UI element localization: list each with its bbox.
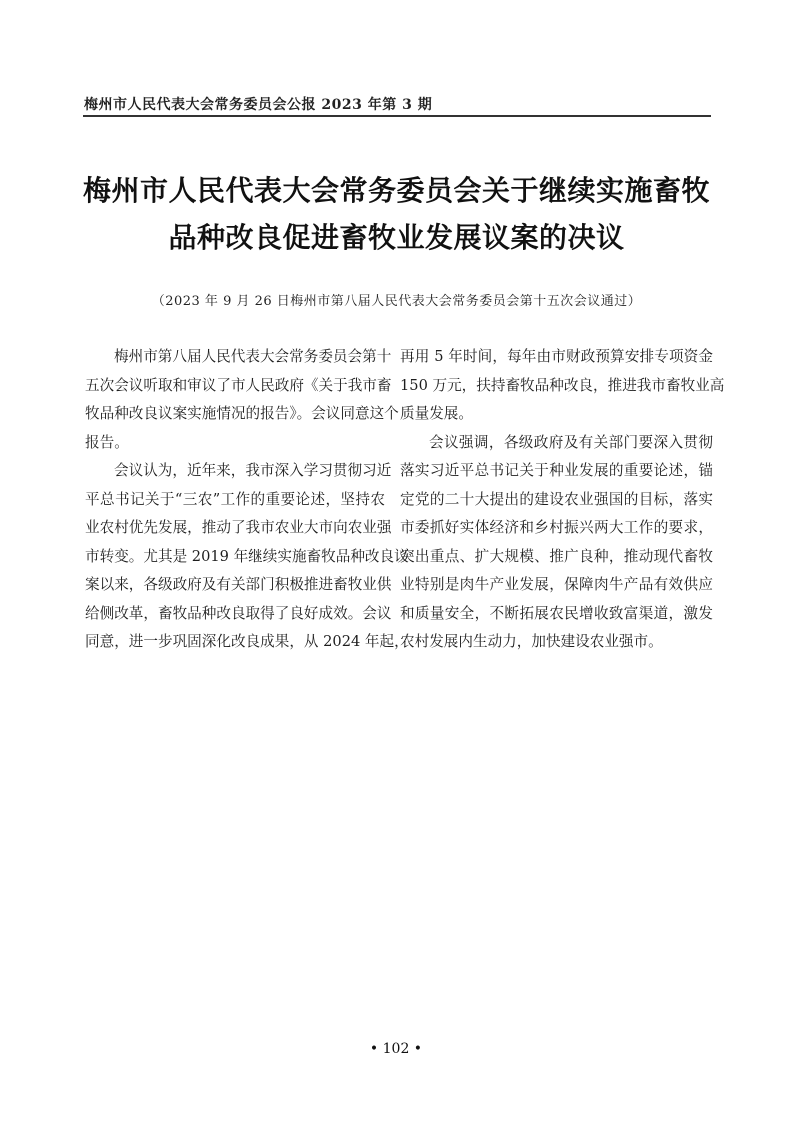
text-line: 报告。 [85, 429, 385, 458]
text-line: 五次会议听取和审议了市人民政府《关于我市畜 [85, 372, 385, 401]
text-line: 业特别是肉牛产业发展，保障肉牛产品有效供应 [400, 571, 713, 600]
paragraph-3: 再用 5 年时间，每年由市财政预算安排专项资金 150 万元，扶持畜牧品种改良，… [400, 343, 713, 429]
document-subtitle: （2023 年 9 月 26 日梅州市第八届人民代表大会常务委员会第十五次会议通… [60, 290, 733, 309]
document-title-line-1: 梅州市人民代表大会常务委员会关于继续实施畜牧 [60, 176, 733, 206]
running-header: 梅州市人民代表大会常务委员会公报 2023 年第 3 期 [84, 94, 432, 114]
text-line: 平总书记关于“三农”工作的重要论述，坚持农 [85, 486, 385, 515]
text-line: 市转变。尤其是 2019 年继续实施畜牧品种改良议 [85, 543, 385, 572]
text-line: 会议认为，近年来，我市深入学习贯彻习近 [85, 457, 385, 486]
text-line: 案以来，各级政府及有关部门积极推进畜牧业供 [85, 571, 385, 600]
text-line: 农村发展内生动力，加快建设农业强市。 [400, 628, 713, 657]
text-line: 再用 5 年时间，每年由市财政预算安排专项资金 [400, 343, 713, 372]
text-line: 同意，进一步巩固深化改良成果，从 2024 年起， [85, 628, 385, 657]
document-title-line-2: 品种改良促进畜牧业发展议案的决议 [60, 223, 733, 253]
text-line: 牧品种改良议案实施情况的报告》。会议同意这个 [85, 400, 385, 429]
text-line: 质量发展。 [400, 400, 713, 429]
header-rule [83, 115, 711, 117]
text-line: 突出重点、扩大规模、推广良种，推动现代畜牧 [400, 543, 713, 572]
text-line: 业农村优先发展，推动了我市农业大市向农业强 [85, 514, 385, 543]
paragraph-4: 会议强调，各级政府及有关部门要深入贯彻 落实习近平总书记关于种业发展的重要论述，… [400, 429, 713, 657]
page-number: • 102 • [346, 1041, 446, 1057]
text-line: 市委抓好实体经济和乡村振兴两大工作的要求， [400, 514, 713, 543]
paragraph-1: 梅州市第八届人民代表大会常务委员会第十 五次会议听取和审议了市人民政府《关于我市… [85, 343, 385, 457]
left-column: 梅州市第八届人民代表大会常务委员会第十 五次会议听取和审议了市人民政府《关于我市… [85, 343, 385, 657]
text-line: 150 万元，扶持畜牧品种改良，推进我市畜牧业高 [400, 372, 713, 401]
text-line: 梅州市第八届人民代表大会常务委员会第十 [85, 343, 385, 372]
text-line: 定党的二十大提出的建设农业强国的目标，落实 [400, 486, 713, 515]
right-column: 再用 5 年时间，每年由市财政预算安排专项资金 150 万元，扶持畜牧品种改良，… [400, 343, 713, 657]
text-line: 和质量安全，不断拓展农民增收致富渠道，激发 [400, 600, 713, 629]
paragraph-2: 会议认为，近年来，我市深入学习贯彻习近 平总书记关于“三农”工作的重要论述，坚持… [85, 457, 385, 657]
text-line: 会议强调，各级政府及有关部门要深入贯彻 [400, 429, 713, 458]
text-line: 落实习近平总书记关于种业发展的重要论述，锚 [400, 457, 713, 486]
text-line: 给侧改革，畜牧品种改良取得了良好成效。会议 [85, 600, 385, 629]
